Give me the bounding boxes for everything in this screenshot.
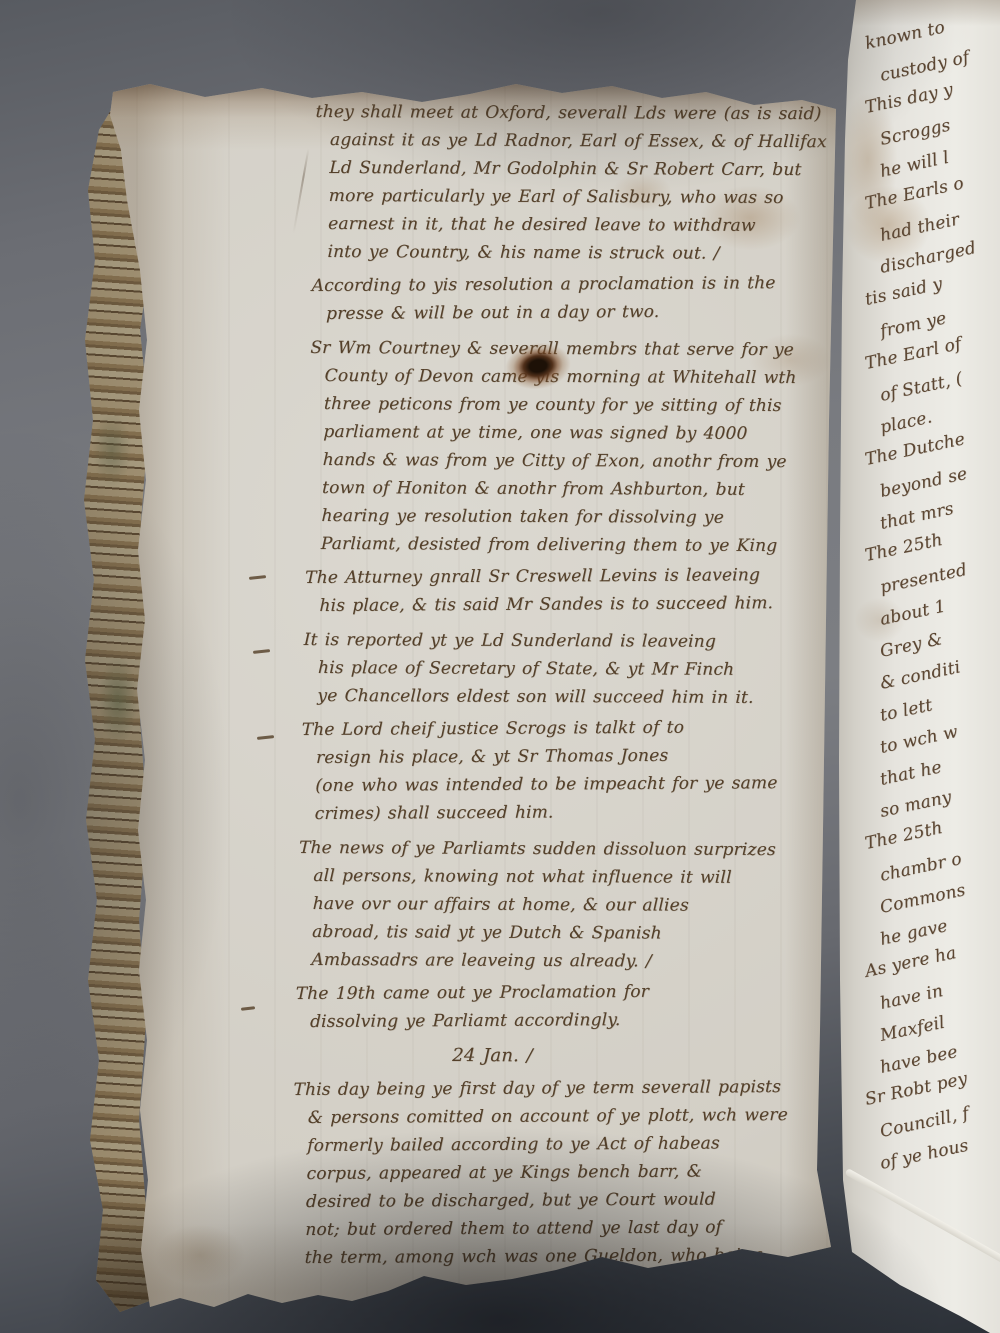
manuscript-text: they shall meet at Oxford, severall Lds … (289, 98, 841, 1278)
paragraph-lines: It is reported yt ye Ld Sunderland is le… (302, 626, 829, 710)
manuscript-line: (one who was intended to be impeacht for… (315, 769, 826, 800)
manuscript-line: The news of ye Parliamts sudden dissoluo… (299, 834, 825, 864)
paragraph-lines: This day being ye first day of ye term s… (289, 1076, 818, 1272)
paragraph: It is reported yt ye Ld Sunderland is le… (302, 626, 829, 710)
paragraph: The 19th came out ye Proclamation for di… (295, 980, 821, 1036)
paragraph: The Atturney gnrall Sr Creswell Levins i… (304, 564, 830, 620)
paragraph-lines: 24 Jan. / (294, 1042, 820, 1070)
manuscript-line: It is reported yt ye Ld Sunderland is le… (303, 626, 829, 656)
paragraph-lines: The 19th came out ye Proclamation for di… (295, 980, 821, 1036)
manuscript-line: corpus, appeared at ye Kings bench barr,… (306, 1157, 817, 1188)
paper-crease (293, 148, 310, 233)
manuscript-line: The Lord cheif justice Scrogs is talkt o… (301, 713, 827, 744)
paragraph-lines: According to yis resolution a proclamati… (311, 272, 837, 328)
margin-dash (253, 649, 270, 653)
paragraph-lines: The news of ye Parliamts sudden dissoluo… (296, 834, 824, 974)
manuscript-line: hearing ye resolution taken for dissolvi… (321, 502, 832, 532)
manuscript-line: County of Devon came yis morning at Whit… (324, 362, 835, 392)
manuscript-line: his place, & tis said Mr Sandes is to su… (319, 589, 830, 620)
manuscript-line: dissolving ye Parliamt accordingly. (310, 1005, 821, 1036)
manuscript-line: against it as ye Ld Radnor, Earl of Esse… (330, 126, 841, 156)
manuscript-line: all persons, knowing not what influence … (313, 862, 824, 892)
manuscript-line: Sr Wm Courtney & severall membrs that se… (310, 334, 836, 364)
manuscript-line: have ovr our affairs at home, & our alli… (312, 890, 823, 920)
manuscript-line: The 19th came out ye Proclamation for (295, 977, 821, 1008)
manuscript-line: Ambassadrs are leaveing us already. / (311, 946, 822, 976)
manuscript-line: According to yis resolution a proclamati… (312, 269, 838, 300)
manuscript-line: town of Honiton & anothr from Ashburton,… (322, 474, 833, 504)
manuscript-line: formerly bailed according to ye Act of h… (307, 1129, 818, 1160)
manuscript-line: they shall meet at Oxford, severall Lds … (315, 98, 841, 128)
manuscript-line: into ye Country, & his name is struck ou… (327, 238, 838, 268)
manuscript-line: parliament at ye time, one was signed by… (323, 418, 834, 448)
margin-dash (249, 575, 266, 579)
paragraph: The news of ye Parliamts sudden dissoluo… (296, 834, 824, 974)
manuscript-line: desired to be discharged, but ye Court w… (306, 1185, 817, 1216)
manuscript-line: the term, among wch was one Gueldon, who… (304, 1241, 815, 1272)
paragraph: According to yis resolution a proclamati… (311, 272, 837, 328)
manuscript-line: 24 Jan. / (452, 1042, 820, 1072)
manuscript-line: resign his place, & yt Sr Thomas Jones (316, 741, 827, 772)
manuscript-line: more particularly ye Earl of Salisbury, … (328, 182, 839, 212)
manuscript-line: & persons comitted on account of ye plot… (308, 1101, 819, 1132)
manuscript-line: Parliamt, desisted from delivering them … (321, 530, 832, 560)
manuscript-line: This day being ye first day of ye term s… (293, 1073, 819, 1104)
paragraph: they shall meet at Oxford, severall Lds … (312, 98, 841, 266)
manuscript-line: not; but ordered them to attend ye last … (305, 1213, 816, 1244)
manuscript-line: ye Chancellors eldest son will succeed h… (317, 682, 828, 712)
manuscript-line: presse & will be out in a day or two. (326, 297, 837, 328)
margin-dash (257, 735, 274, 739)
manuscript-line: crimes) shall succeed him. (315, 797, 826, 828)
manuscript-line: The Atturney gnrall Sr Creswell Levins i… (305, 561, 831, 592)
manuscript-line: three peticons from ye county for ye sit… (324, 390, 835, 420)
manuscript-line: his place of Secretary of State, & yt Mr… (318, 654, 829, 684)
right-page-text-column: known to custody of This day y Scroggs h… (866, 28, 1000, 1180)
manuscript-book: known to custody of This day y Scroggs h… (0, 0, 1000, 1333)
manuscript-line: abroad, tis said yt ye Dutch & Spanish (312, 918, 823, 948)
manuscript-line: hands & was from ye Citty of Exon, anoth… (322, 446, 833, 476)
paragraph: Sr Wm Courtney & severall membrs that se… (306, 334, 836, 558)
margin-dash (241, 1006, 255, 1010)
manuscript-line: Ld Sunderland, Mr Godolphin & Sr Robert … (329, 154, 840, 184)
paragraph-lines: The Atturney gnrall Sr Creswell Levins i… (304, 564, 830, 620)
paragraph: 24 Jan. / (294, 1042, 820, 1070)
paragraph: The Lord cheif justice Scrogs is talkt o… (299, 716, 827, 828)
manuscript-line: earnest in it, that he desired leave to … (328, 210, 839, 240)
paragraph-lines: they shall meet at Oxford, severall Lds … (312, 98, 841, 266)
paragraph-lines: Sr Wm Courtney & severall membrs that se… (306, 334, 836, 558)
paragraph: This day being ye first day of ye term s… (289, 1076, 818, 1272)
paragraph-lines: The Lord cheif justice Scrogs is talkt o… (299, 716, 827, 828)
